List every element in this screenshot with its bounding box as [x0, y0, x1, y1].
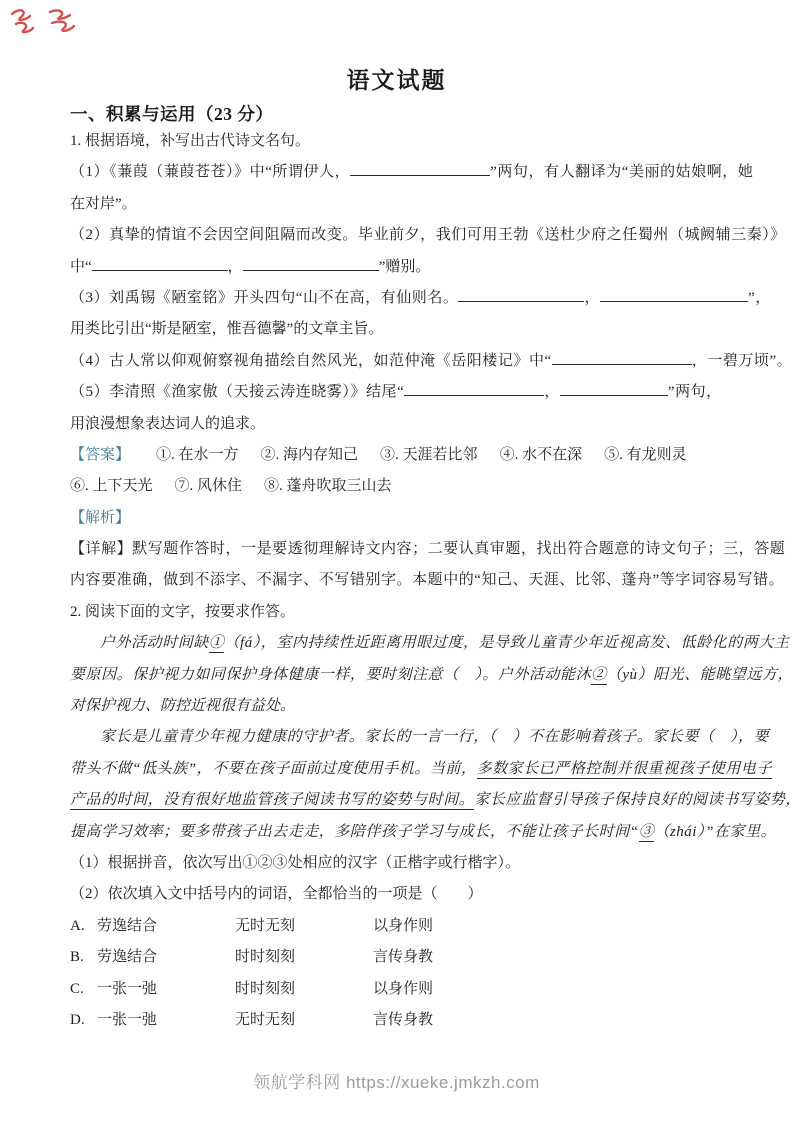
text-run: 内容要准确，做到不添字、不漏字、不写错别字。本题中的“知己、天涯、比邻、蓬舟”等… — [70, 572, 784, 588]
answer-blank-line — [243, 256, 379, 271]
q1-item-5-cont: 用浪漫想象表达词人的追求。 — [70, 409, 730, 440]
text-run: （2）依次填入文中括号内的词语，全都恰当的一项是（ ） — [70, 886, 483, 902]
underlined-phrase: 多数家长已严格控制并很重视孩子使用电子 — [477, 761, 772, 779]
detail-explanation-2: 内容要准确，做到不添字、不漏字、不写错别字。本题中的“知己、天涯、比邻、蓬舟”等… — [70, 565, 730, 596]
text-run: ”两句，有人翻译为“美丽的姑娘啊，她 — [490, 164, 753, 180]
option-c: C.一张一弛时时刻刻以身作则 — [70, 974, 730, 1005]
text-run: ”两句， — [668, 384, 722, 400]
option-word: 一张一弛 — [97, 1005, 235, 1036]
question-1-stem: 1. 根据语境，补写出古代诗文名句。 — [70, 126, 730, 157]
option-word: 无时无刻 — [235, 911, 373, 942]
passage-p2-l3: 产品的时间，没有很好地监管孩子阅读书写的姿势与时间。家长应监督引导孩子保持良好的… — [70, 785, 730, 816]
text-run: ⑦. 风休住 — [175, 478, 243, 494]
passage-p1-l2: 要原因。保护视力如同保护身体健康一样，要时刻注意（ ）。户外活动能沐②（yù）阳… — [70, 660, 730, 691]
detail-explanation-1: 【详解】默写题作答时，一是要透彻理解诗文内容；二要认真审题，找出符合题意的诗文句… — [70, 534, 730, 565]
option-word: 时时刻刻 — [235, 942, 373, 973]
option-word: 言传身教 — [373, 1005, 511, 1036]
text-run: 用类比引出“斯是陋室，惟吾德馨”的文章主旨。 — [70, 321, 383, 337]
q1-item-4: （4）古人常以仰观俯察视角描绘自然风光，如范仲淹《岳阳楼记》中“，一碧万顷”。 — [70, 346, 730, 377]
section-heading: 一、积累与运用（23 分） — [70, 101, 273, 126]
option-letter: C. — [70, 974, 97, 1005]
analysis-label-line: 【解析】 — [70, 503, 730, 534]
text-run: ⑥. 上下天光 — [70, 478, 153, 494]
page-title: 语文试题 — [0, 62, 793, 95]
text-run: 用浪漫想象表达词人的追求。 — [70, 416, 265, 432]
text-run: （1）根据拼音，依次写出①②③处相应的汉字（正楷字或行楷字）。 — [70, 855, 520, 871]
text-run: （5）李清照《渔家傲（天接云涛连晓雾）》结尾“ — [70, 384, 404, 400]
option-a: A.劳逸结合无时无刻以身作则 — [70, 911, 730, 942]
q1-item-1-cont: 在对岸”。 — [70, 189, 730, 220]
answer-line-1: 【答案】①. 在水一方②. 海内存知己③. 天涯若比邻④. 水不在深⑤. 有龙则… — [70, 440, 730, 471]
text-run: （fá），室内持续性近距离用眼过度，是导致儿童青少年近视高发、低龄化的两大主 — [224, 635, 789, 651]
option-word: 无时无刻 — [235, 1005, 373, 1036]
answer-blank-line — [560, 382, 668, 397]
q1-item-2: （2）真挚的情谊不会因空间阻隔而改变。毕业前夕，我们可用王勃《送杜少府之任蜀州（… — [70, 220, 730, 251]
text-run: ， — [228, 259, 243, 275]
text-run: ，一碧万顷”。 — [692, 353, 793, 369]
text-run: 家长应监督引导孩子保持良好的阅读书写姿势， — [474, 792, 793, 808]
text-run: 提高学习效率；要多带孩子出去走走，多陪伴孩子学习与成长，不能让孩子长时间“ — [70, 824, 639, 840]
text-run: ②. 海内存知己 — [261, 447, 359, 463]
answer-line-2: ⑥. 上下天光⑦. 风休住⑧. 蓬舟吹取三山去 — [70, 471, 730, 502]
answer-blank-line — [92, 256, 228, 271]
text-run: 家长是儿童青少年视力健康的守护者。家长的一言一行，（ ）不在影响着孩子。家长要（… — [100, 729, 769, 745]
option-word: 一张一弛 — [97, 974, 235, 1005]
option-letter: B. — [70, 942, 97, 973]
passage-p1-l1: 户外活动时间缺①（fá），室内持续性近距离用眼过度，是导致儿童青少年近视高发、低… — [70, 628, 730, 659]
option-word: 劳逸结合 — [97, 942, 235, 973]
exam-document-page: 语文试题 一、积累与运用（23 分） 1. 根据语境，补写出古代诗文名句。（1）… — [0, 0, 793, 1122]
text-run: ⑤. 有龙则灵 — [604, 447, 687, 463]
q1-item-2-cont: 中“，”赠别。 — [70, 252, 730, 283]
red-corner-scribble-icon — [6, 4, 86, 38]
text-run: 中“ — [70, 259, 92, 275]
text-run: （1）《蒹葭（蒹葭苍苍）》中“所谓伊人， — [70, 164, 350, 180]
footer-site-url: https://xueke.jmkzh.com — [346, 1073, 540, 1092]
answer-blank-line — [350, 162, 490, 177]
text-run: 1. 根据语境，补写出古代诗文名句。 — [70, 133, 310, 149]
q1-item-1: （1）《蒹葭（蒹葭苍苍）》中“所谓伊人，”两句，有人翻译为“美丽的姑娘啊，她 — [70, 157, 730, 188]
circled-number: ① — [209, 635, 225, 653]
text-run: （2）真挚的情谊不会因空间阻隔而改变。毕业前夕，我们可用王勃《送杜少府之任蜀州（… — [70, 227, 786, 243]
answer-blank-line — [404, 382, 544, 397]
text-run: （4）古人常以仰观俯察视角描绘自然风光，如范仲淹《岳阳楼记》中“ — [70, 353, 552, 369]
q1-item-5: （5）李清照《渔家傲（天接云涛连晓雾）》结尾“，”两句， — [70, 377, 730, 408]
text-run: （yù）阳光、能眺望远方， — [607, 667, 793, 683]
text-run: 2. 阅读下面的文字，按要求作答。 — [70, 604, 295, 620]
q2-sub-1: （1）根据拼音，依次写出①②③处相应的汉字（正楷字或行楷字）。 — [70, 848, 730, 879]
text-run: （zhái）”在家里。 — [654, 824, 776, 840]
text-run: 【详解】默写题作答时，一是要透彻理解诗文内容；二要认真审题，找出符合题意的诗文句… — [70, 541, 785, 557]
text-run: 对保护视力、防控近视很有益处。 — [70, 698, 295, 714]
text-run: ④. 水不在深 — [500, 447, 583, 463]
option-word: 言传身教 — [373, 942, 511, 973]
underlined-phrase: 产品的时间，没有很好地监管孩子阅读书写的姿势与时间。 — [70, 792, 474, 810]
text-run: ， — [544, 384, 560, 400]
document-lines: 1. 根据语境，补写出古代诗文名句。（1）《蒹葭（蒹葭苍苍）》中“所谓伊人，”两… — [70, 126, 730, 1036]
text-run: 要原因。保护视力如同保护身体健康一样，要时刻注意（ ）。户外活动能沐 — [70, 667, 591, 683]
text-run: ③. 天涯若比邻 — [380, 447, 478, 463]
q1-item-3-cont: 用类比引出“斯是陋室，惟吾德馨”的文章主旨。 — [70, 314, 730, 345]
footer-watermark: 领航学科网 https://xueke.jmkzh.com — [0, 1068, 793, 1093]
passage-p2-l2: 带头不做“低头族”，不要在孩子面前过度使用手机。当前，多数家长已严格控制并很重视… — [70, 754, 730, 785]
bracket-label: 【答案】 — [70, 447, 130, 463]
option-d: D.一张一弛无时无刻言传身教 — [70, 1005, 730, 1036]
text-run: ”赠别。 — [379, 259, 431, 275]
circled-number: ③ — [639, 824, 655, 842]
option-letter: A. — [70, 911, 97, 942]
q1-item-3: （3）刘禹锡《陋室铭》开头四句“山不在高，有仙则名。，”， — [70, 283, 730, 314]
passage-p1-l3: 对保护视力、防控近视很有益处。 — [70, 691, 730, 722]
footer-site-name: 领航学科网 — [253, 1073, 341, 1092]
question-2-stem: 2. 阅读下面的文字，按要求作答。 — [70, 597, 730, 628]
bracket-label: 【解析】 — [70, 510, 130, 526]
option-letter: D. — [70, 1005, 97, 1036]
text-run: 在对岸”。 — [70, 196, 137, 212]
text-run: ”， — [748, 290, 771, 306]
q2-sub-2: （2）依次填入文中括号内的词语，全都恰当的一项是（ ） — [70, 879, 730, 910]
text-run: 带头不做“低头族”，不要在孩子面前过度使用手机。当前， — [70, 761, 477, 777]
option-word: 时时刻刻 — [235, 974, 373, 1005]
option-word: 以身作则 — [373, 974, 511, 1005]
text-run: ， — [584, 290, 600, 306]
text-run: 户外活动时间缺 — [100, 635, 209, 651]
option-word: 劳逸结合 — [97, 911, 235, 942]
option-b: B.劳逸结合时时刻刻言传身教 — [70, 942, 730, 973]
passage-p2-l1: 家长是儿童青少年视力健康的守护者。家长的一言一行，（ ）不在影响着孩子。家长要（… — [70, 722, 730, 753]
answer-blank-line — [458, 287, 584, 302]
circled-number: ② — [591, 667, 607, 685]
passage-p2-l4: 提高学习效率；要多带孩子出去走走，多陪伴孩子学习与成长，不能让孩子长时间“③（z… — [70, 817, 730, 848]
option-word: 以身作则 — [373, 911, 511, 942]
text-run: ①. 在水一方 — [156, 447, 239, 463]
answer-blank-line — [552, 350, 692, 365]
text-run: ⑧. 蓬舟吹取三山去 — [264, 478, 392, 494]
answer-blank-line — [600, 287, 748, 302]
text-run: （3）刘禹锡《陋室铭》开头四句“山不在高，有仙则名。 — [70, 290, 458, 306]
